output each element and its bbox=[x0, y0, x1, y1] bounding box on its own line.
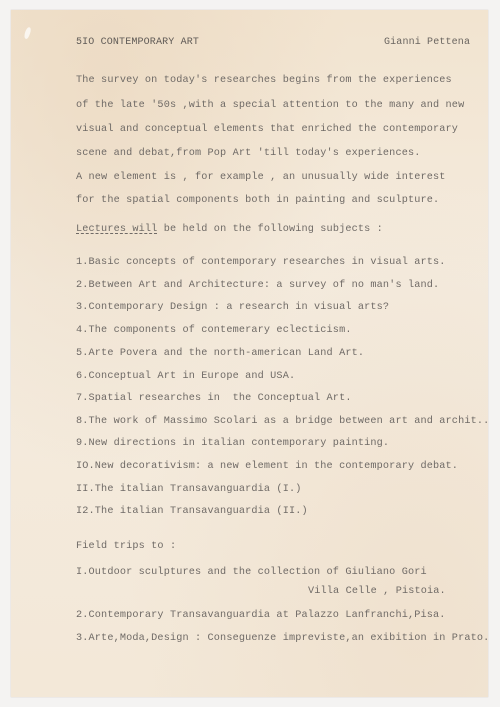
lecture-item: 9.New directions in italian contemporary… bbox=[76, 438, 389, 449]
intro-line: for the spatial components both in paint… bbox=[76, 195, 439, 206]
lectures-heading-rest: be held on the following subjects : bbox=[157, 224, 383, 235]
intro-line: of the late '50s ,with a special attenti… bbox=[76, 100, 464, 111]
intro-line: scene and debat,from Pop Art 'till today… bbox=[76, 148, 421, 159]
intro-line: The survey on today's researches begins … bbox=[76, 75, 452, 86]
intro-line: visual and conceptual elements that enri… bbox=[76, 124, 458, 135]
lecture-item: 3.Contemporary Design : a research in vi… bbox=[76, 302, 389, 313]
lecture-item: II.The italian Transavanguardia (I.) bbox=[76, 484, 302, 495]
paper-hole bbox=[23, 27, 32, 40]
intro-line: A new element is , for example , an unus… bbox=[76, 172, 446, 183]
lecture-item: 7.Spatial researches in the Conceptual A… bbox=[76, 393, 352, 404]
field-trip-item-location: Villa Celle , Pistoia. bbox=[308, 586, 446, 597]
lectures-heading-underlined: Lectures will bbox=[76, 224, 157, 235]
lecture-item: I2.The italian Transavanguardia (II.) bbox=[76, 506, 308, 517]
field-trip-item: 2.Contemporary Transavanguardia at Palaz… bbox=[76, 610, 446, 621]
lecture-item: IO.New decorativism: a new element in th… bbox=[76, 461, 458, 472]
lecture-item: 6.Conceptual Art in Europe and USA. bbox=[76, 371, 295, 382]
field-trip-item: I.Outdoor sculptures and the collection … bbox=[76, 567, 427, 578]
lectures-heading: Lectures will be held on the following s… bbox=[76, 224, 383, 235]
field-trips-heading: Field trips to : bbox=[76, 541, 176, 552]
lecture-item: 4.The components of contemerary eclectic… bbox=[76, 325, 352, 336]
field-trip-item: 3.Arte,Moda,Design : Conseguenze imprevi… bbox=[76, 633, 489, 644]
lecture-item: 2.Between Art and Architecture: a survey… bbox=[76, 280, 439, 291]
lecture-item: 1.Basic concepts of contemporary researc… bbox=[76, 257, 446, 268]
lecture-item: 8.The work of Massimo Scolari as a bridg… bbox=[76, 416, 489, 427]
author-name: Gianni Pettena bbox=[384, 37, 470, 48]
lecture-item: 5.Arte Povera and the north-american Lan… bbox=[76, 348, 364, 359]
course-title: 5IO CONTEMPORARY ART bbox=[76, 37, 199, 48]
